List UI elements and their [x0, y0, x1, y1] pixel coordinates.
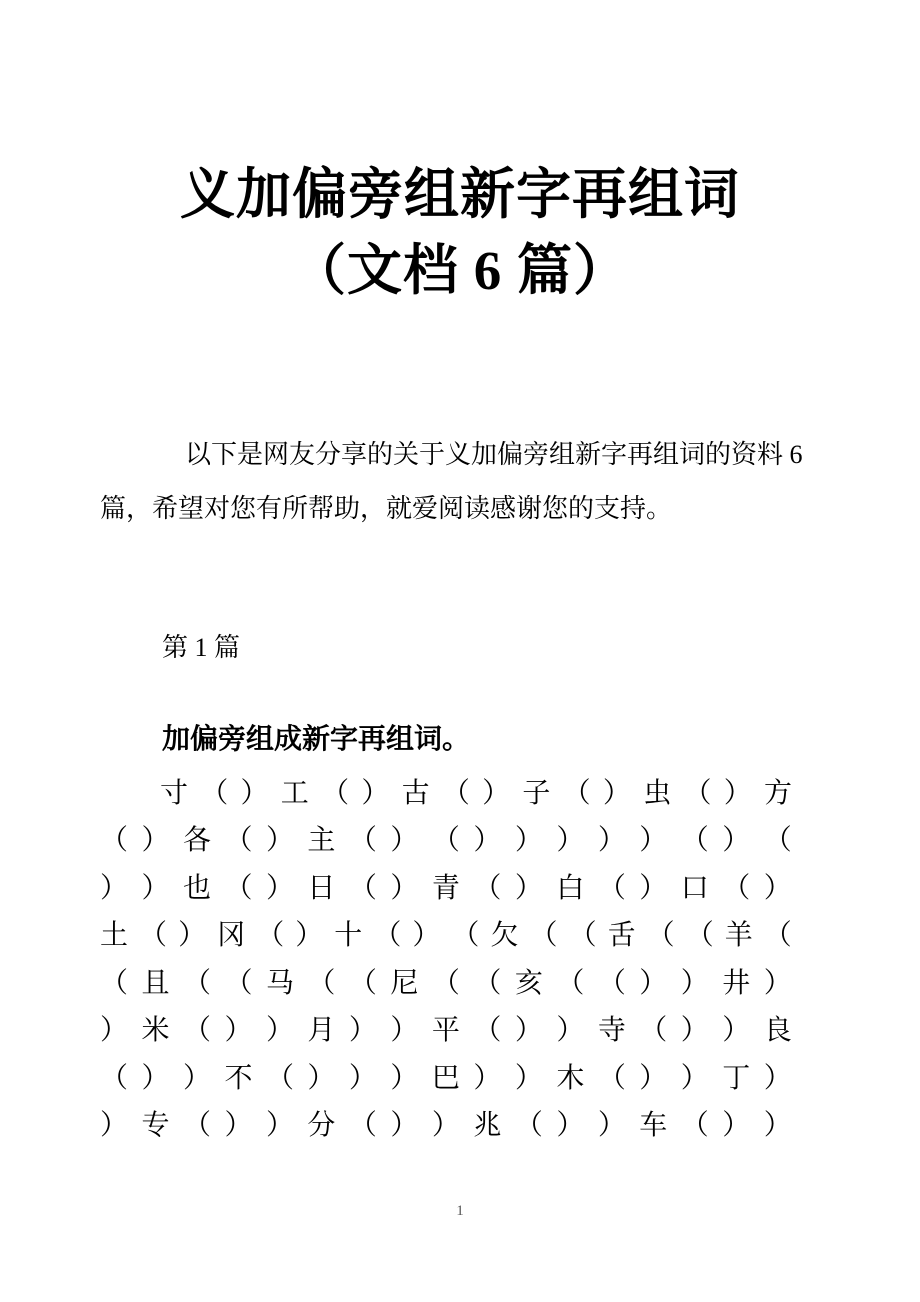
- answer-paren: ）: [482, 771, 510, 811]
- answer-paren: （: [473, 866, 501, 906]
- answer-paren: ）: [556, 818, 584, 858]
- answer-paren: （: [256, 913, 284, 953]
- answer-paren: （: [681, 1103, 709, 1143]
- answer-paren: ）: [432, 1103, 460, 1143]
- document-page: 义加偏旁组新字再组词 （文档 6 篇） 以下是网友分享的关于义加偏旁组新字再组词…: [0, 0, 920, 1302]
- exercise-row: ）米（））月））平（））寺（））良: [100, 1005, 792, 1053]
- base-character: 也: [183, 866, 211, 906]
- answer-paren: （: [556, 961, 584, 1001]
- answer-paren: ）: [141, 818, 169, 858]
- answer-paren: ）: [764, 1103, 792, 1143]
- answer-paren: （: [200, 771, 228, 811]
- base-character: 兆: [473, 1103, 501, 1143]
- answer-paren: （: [224, 866, 252, 906]
- exercise-row: ））也（）日（）青（）白（）口（）: [100, 862, 792, 910]
- answer-paren: （: [473, 961, 501, 1001]
- base-character: 土: [100, 913, 128, 953]
- base-character: 工: [281, 771, 309, 811]
- answer-paren: （: [139, 913, 167, 953]
- answer-paren: ）: [224, 1103, 252, 1143]
- answer-paren: （: [183, 961, 211, 1001]
- answer-paren: ）: [100, 1008, 128, 1048]
- answer-paren: ）: [178, 913, 206, 953]
- answer-paren: （: [373, 913, 401, 953]
- exercise-row: （且（（马（（尼（（亥（（））井）: [100, 957, 792, 1005]
- base-character: 寺: [598, 1008, 626, 1048]
- base-character: 分: [307, 1103, 335, 1143]
- answer-paren: ）: [183, 1056, 211, 1096]
- answer-paren: （: [100, 961, 128, 1001]
- base-character: 青: [432, 866, 460, 906]
- answer-paren: （: [563, 771, 591, 811]
- base-character: 米: [141, 1008, 169, 1048]
- base-character: 欠: [490, 913, 518, 953]
- answer-paren: ）: [764, 1056, 792, 1096]
- base-character: 舌: [608, 913, 636, 953]
- answer-paren: （: [764, 818, 792, 858]
- base-character: 尼: [390, 961, 418, 1001]
- answer-paren: ）: [349, 1008, 377, 1048]
- answer-paren: （: [349, 818, 377, 858]
- base-character: 马: [266, 961, 294, 1001]
- answer-paren: ）: [266, 1103, 294, 1143]
- answer-paren: （: [349, 961, 377, 1001]
- answer-paren: ）: [390, 1008, 418, 1048]
- answer-paren: ）: [639, 866, 667, 906]
- answer-paren: （: [100, 818, 128, 858]
- answer-paren: ）: [266, 1008, 294, 1048]
- answer-paren: （: [224, 961, 252, 1001]
- answer-paren: ）: [515, 1008, 543, 1048]
- base-character: 虫: [643, 771, 671, 811]
- answer-paren: （: [432, 961, 460, 1001]
- answer-paren: ）: [307, 1056, 335, 1096]
- answer-paren: ）: [598, 818, 626, 858]
- answer-paren: （: [307, 961, 335, 1001]
- answer-paren: ）: [100, 1103, 128, 1143]
- base-character: 且: [141, 961, 169, 1001]
- base-character: 良: [764, 1008, 792, 1048]
- base-character: 各: [183, 818, 211, 858]
- answer-paren: ）: [266, 818, 294, 858]
- answer-paren: ）: [515, 1056, 543, 1096]
- answer-paren: （: [349, 1103, 377, 1143]
- exercise-rows: 寸（）工（）古（）子（）虫（）方（）各（）主（）（）））））（）（））也（）日（…: [100, 767, 792, 1147]
- answer-paren: ）: [266, 866, 294, 906]
- answer-paren: ）: [412, 913, 440, 953]
- answer-paren: ）: [639, 961, 667, 1001]
- answer-paren: （: [598, 961, 626, 1001]
- answer-paren: ）: [141, 866, 169, 906]
- exercise-row: （））不（）））巴））木（））丁）: [100, 1052, 792, 1100]
- answer-paren: ）: [681, 1056, 709, 1096]
- exercise-row: （）各（）主（）（）））））（）（: [100, 815, 792, 863]
- answer-paren: ）: [361, 771, 389, 811]
- answer-paren: ）: [603, 771, 631, 811]
- answer-paren: （: [569, 913, 597, 953]
- base-character: 口: [681, 866, 709, 906]
- answer-paren: （: [349, 866, 377, 906]
- answer-paren: ）: [141, 1056, 169, 1096]
- answer-paren: ）: [390, 1103, 418, 1143]
- base-character: 月: [307, 1008, 335, 1048]
- answer-paren: ）: [764, 866, 792, 906]
- answer-paren: ）: [224, 1008, 252, 1048]
- answer-paren: ）: [349, 1056, 377, 1096]
- answer-paren: （: [100, 1056, 128, 1096]
- base-character: 子: [522, 771, 550, 811]
- exercise-row: ）专（））分（））兆（））车（））: [100, 1100, 792, 1148]
- answer-paren: （: [681, 818, 709, 858]
- answer-paren: ）: [390, 1056, 418, 1096]
- answer-paren: ）: [598, 1103, 626, 1143]
- answer-paren: （: [530, 913, 558, 953]
- exercise-instruction: 加偏旁组成新字再组词。: [162, 720, 470, 760]
- base-character: 不: [224, 1056, 252, 1096]
- answer-paren: ）: [556, 1103, 584, 1143]
- base-character: 井: [722, 961, 750, 1001]
- base-character: 十: [334, 913, 362, 953]
- base-character: 平: [432, 1008, 460, 1048]
- answer-paren: ）: [764, 961, 792, 1001]
- answer-paren: ）: [241, 771, 269, 811]
- answer-paren: （: [183, 1008, 211, 1048]
- answer-paren: （: [266, 1056, 294, 1096]
- page-number: 1: [456, 1203, 464, 1219]
- answer-paren: （: [647, 913, 675, 953]
- answer-paren: ）: [722, 1103, 750, 1143]
- answer-paren: （: [515, 1103, 543, 1143]
- answer-paren: ）: [722, 818, 750, 858]
- base-character: 羊: [725, 913, 753, 953]
- answer-paren: （: [639, 1008, 667, 1048]
- answer-paren: （: [598, 1056, 626, 1096]
- title-line-1: 义加偏旁组新字再组词: [0, 157, 920, 233]
- base-character: 亥: [515, 961, 543, 1001]
- answer-paren: （: [473, 1008, 501, 1048]
- answer-paren: （: [686, 913, 714, 953]
- answer-paren: （: [722, 866, 750, 906]
- answer-paren: （: [683, 771, 711, 811]
- answer-paren: ）: [681, 1008, 709, 1048]
- answer-paren: ）: [295, 913, 323, 953]
- answer-paren: （: [442, 771, 470, 811]
- exercise-row: 寸（）工（）古（）子（）虫（）方: [100, 767, 792, 815]
- base-character: 巴: [432, 1056, 460, 1096]
- base-character: 日: [307, 866, 335, 906]
- answer-paren: （: [764, 913, 792, 953]
- intro-line-2: 篇，希望对您有所帮助，就爱阅读感谢您的支持。: [100, 482, 800, 536]
- answer-paren: ）: [390, 866, 418, 906]
- answer-paren: ）: [515, 866, 543, 906]
- answer-paren: ）: [681, 961, 709, 1001]
- base-character: 白: [556, 866, 584, 906]
- base-character: 方: [764, 771, 792, 811]
- answer-paren: ）: [724, 771, 752, 811]
- answer-paren: ）: [639, 818, 667, 858]
- section-heading: 第 1 篇: [162, 630, 240, 666]
- answer-paren: ）: [639, 1056, 667, 1096]
- base-character: 古: [402, 771, 430, 811]
- answer-paren: （: [432, 818, 460, 858]
- base-character: 冈: [217, 913, 245, 953]
- answer-paren: ）: [100, 866, 128, 906]
- title-line-2: （文档 6 篇）: [0, 233, 920, 309]
- exercise-row: 土（）冈（）十（）（欠（（舌（（羊（: [100, 910, 792, 958]
- base-character: 丁: [722, 1056, 750, 1096]
- answer-paren: ）: [473, 818, 501, 858]
- answer-paren: （: [224, 818, 252, 858]
- base-character: 主: [307, 818, 335, 858]
- base-character: 专: [141, 1103, 169, 1143]
- base-character: 寸: [160, 771, 188, 811]
- answer-paren: （: [598, 866, 626, 906]
- answer-paren: （: [451, 913, 479, 953]
- base-character: 木: [556, 1056, 584, 1096]
- answer-paren: （: [183, 1103, 211, 1143]
- answer-paren: ）: [515, 818, 543, 858]
- answer-paren: ）: [473, 1056, 501, 1096]
- answer-paren: （: [321, 771, 349, 811]
- answer-paren: ）: [722, 1008, 750, 1048]
- base-character: 车: [639, 1103, 667, 1143]
- intro-line-1: 以下是网友分享的关于义加偏旁组新字再组词的资料 6: [100, 428, 800, 482]
- answer-paren: ）: [390, 818, 418, 858]
- page-footer: 1: [0, 1203, 920, 1220]
- intro-paragraph: 以下是网友分享的关于义加偏旁组新字再组词的资料 6 篇，希望对您有所帮助，就爱阅…: [100, 428, 800, 536]
- answer-paren: ）: [556, 1008, 584, 1048]
- document-title: 义加偏旁组新字再组词 （文档 6 篇）: [0, 157, 920, 309]
